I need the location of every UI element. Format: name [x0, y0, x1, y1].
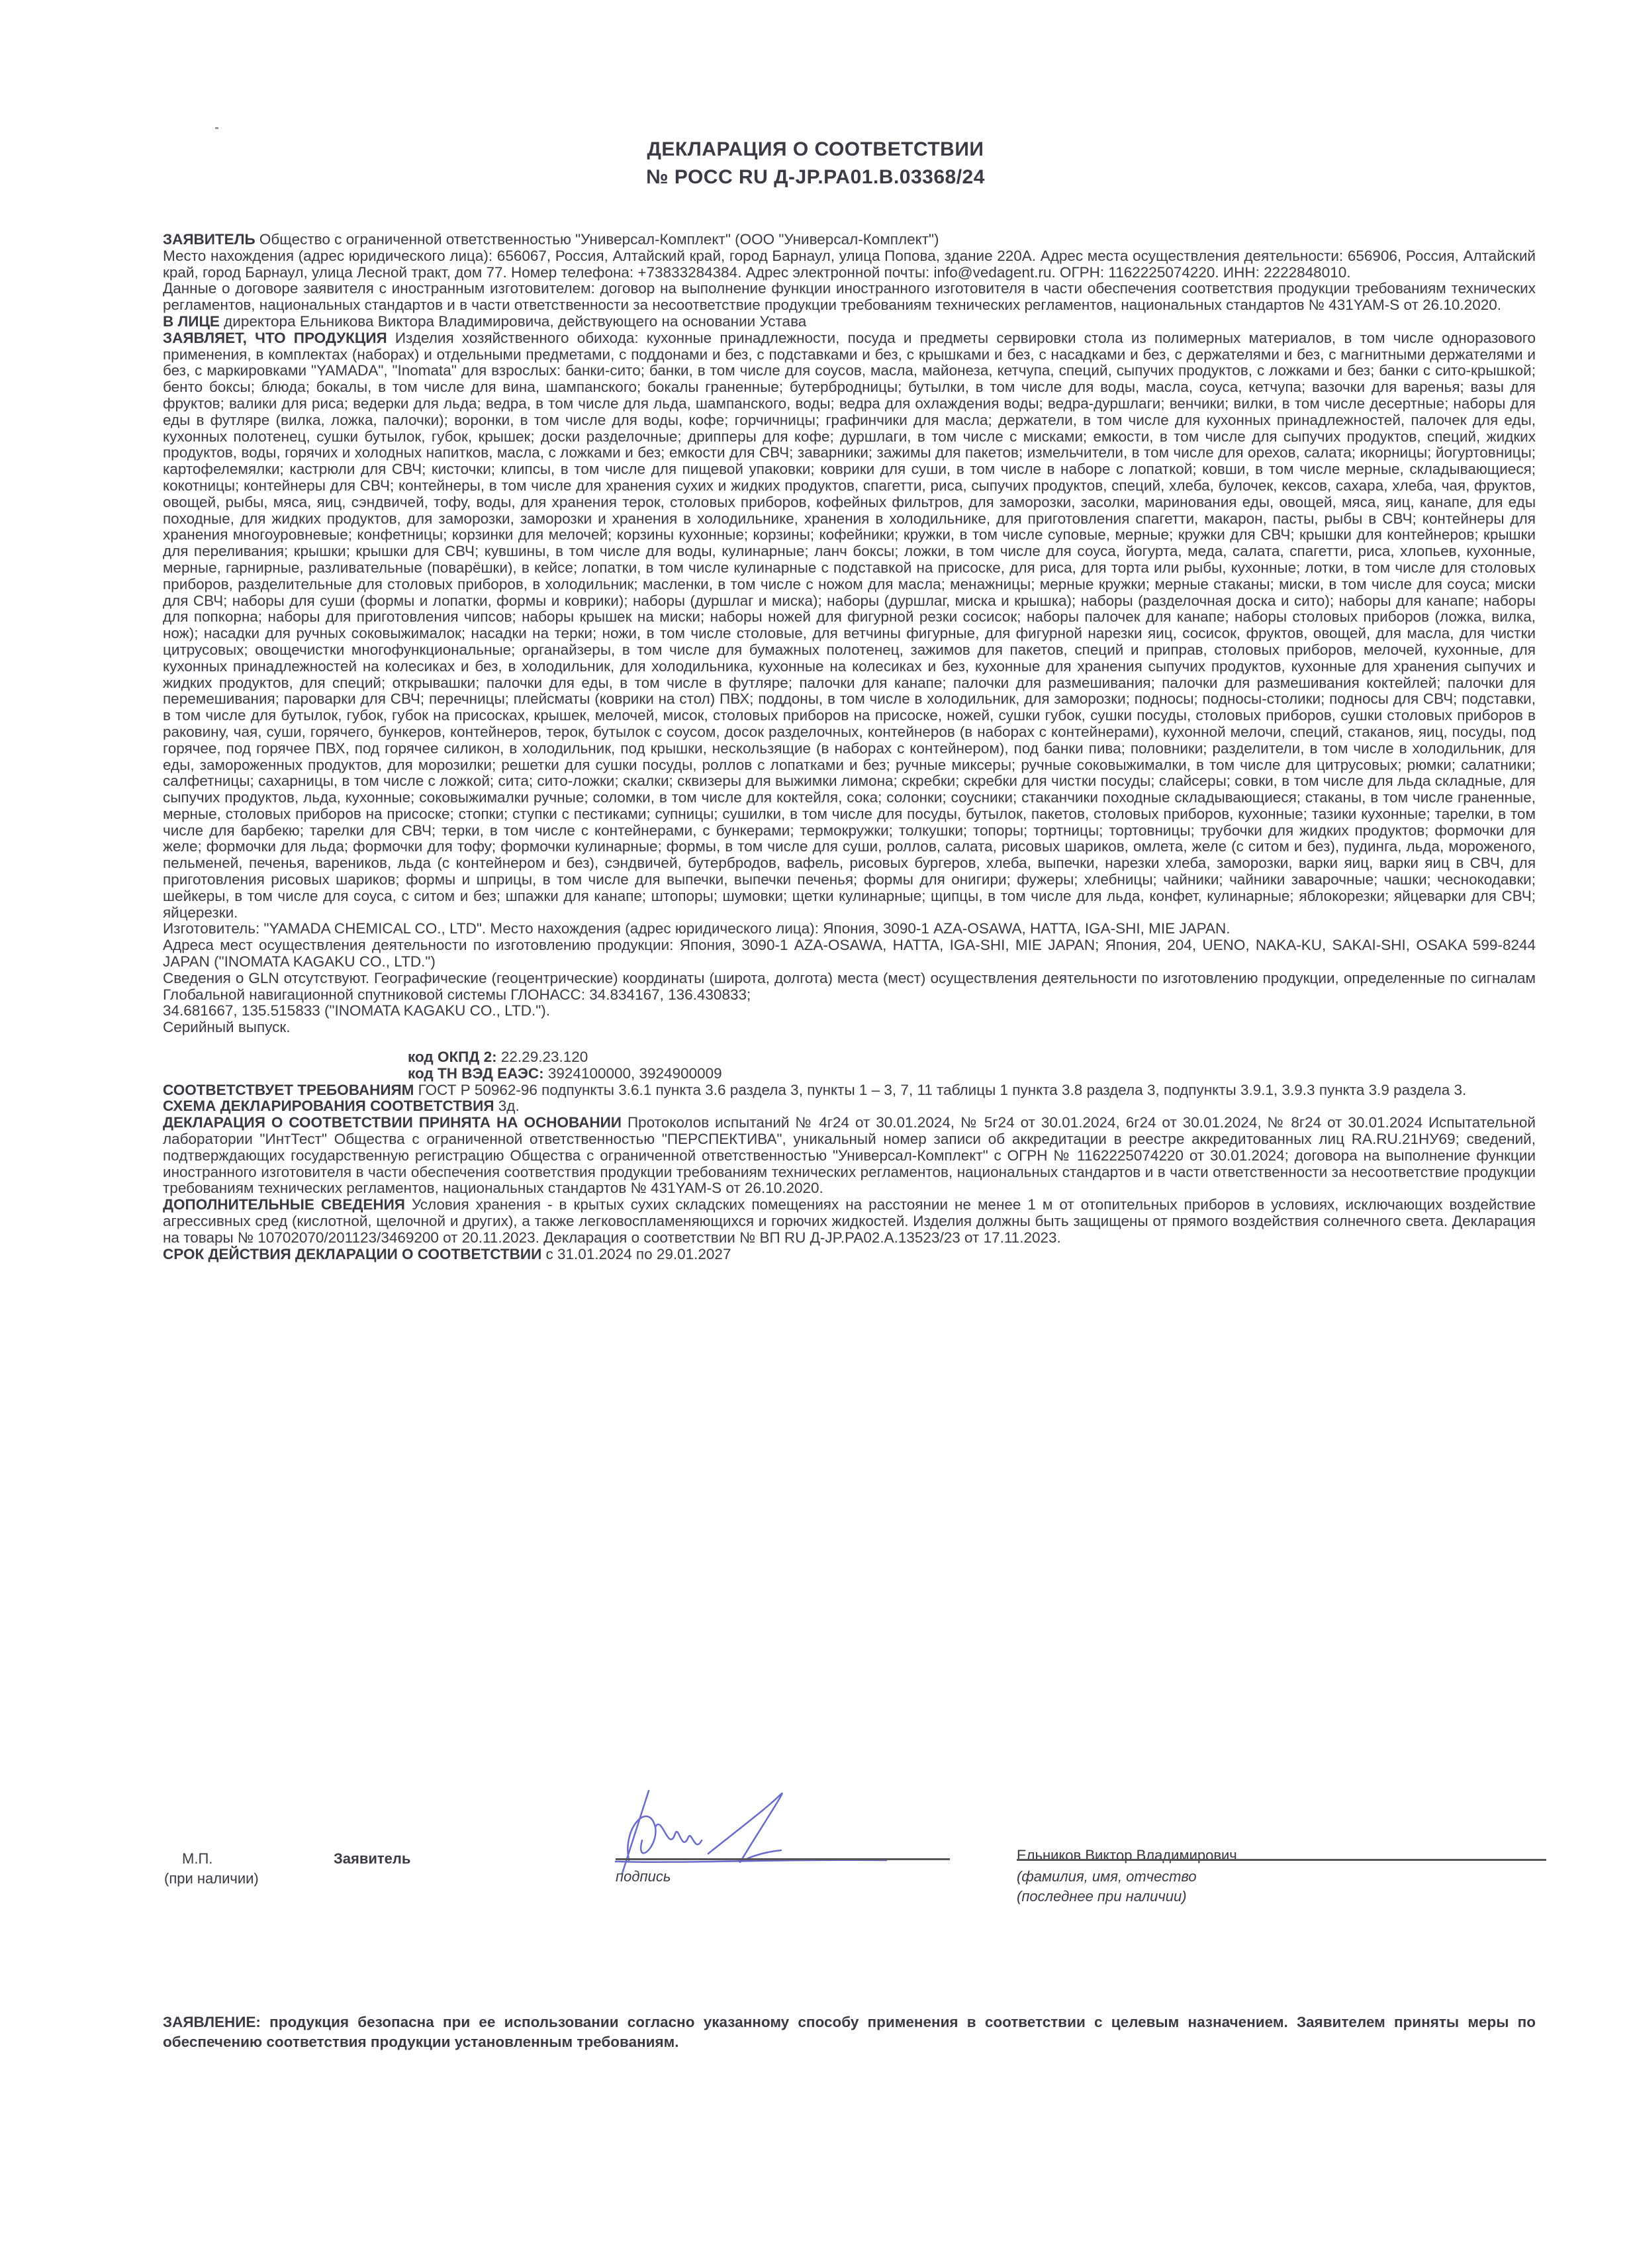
signer-name-line	[1017, 1859, 1546, 1861]
product-label: ЗАЯВЛЯЕТ, ЧТО ПРОДУКЦИЯ	[163, 330, 387, 346]
document-title: ДЕКЛАРАЦИЯ О СООТВЕТСТВИИ № РОСС RU Д-JP…	[0, 136, 1631, 191]
requirements-section: СООТВЕТСТВУЕТ ТРЕБОВАНИЯМ ГОСТ Р 50962-9…	[163, 1082, 1536, 1099]
safety-statement: ЗАЯВЛЕНИЕ: продукция безопасна при ее ис…	[163, 2012, 1536, 2052]
gln-coordinates: 34.681667, 135.515833 ("INOMATA KAGAKU C…	[163, 1003, 1536, 1019]
validity-label: СРОК ДЕЙСТВИЯ ДЕКЛАРАЦИИ О СООТВЕТСТВИИ	[163, 1246, 541, 1262]
product-section: ЗАЯВЛЯЕТ, ЧТО ПРОДУКЦИЯ Изделия хозяйств…	[163, 330, 1536, 921]
product-list: Изделия хозяйственного обихода: кухонные…	[163, 330, 1536, 921]
signature-line	[616, 1858, 950, 1860]
manufacturer-info: Изготовитель: "YAMADA CHEMICAL CO., LTD"…	[163, 921, 1536, 937]
validity-section: СРОК ДЕЙСТВИЯ ДЕКЛАРАЦИИ О СООТВЕТСТВИИ …	[163, 1247, 1536, 1263]
scheme-section: СХЕМА ДЕКЛАРИРОВАНИЯ СООТВЕТСТВИЯ 3д.	[163, 1098, 1536, 1115]
signer-name-caption-1: (фамилия, имя, отчество	[1017, 1868, 1197, 1885]
production-sites: Адреса мест осуществления деятельности п…	[163, 937, 1536, 970]
requirements-label: СООТВЕТСТВУЕТ ТРЕБОВАНИЯМ	[163, 1082, 414, 1098]
requirements-text: ГОСТ Р 50962-96 подпункты 3.6.1 пункта 3…	[418, 1082, 1467, 1098]
applicant-name: Общество с ограниченной ответственностью…	[259, 231, 939, 248]
okpd-code: код ОКПД 2: 22.29.23.120	[163, 1049, 1536, 1066]
title-heading: ДЕКЛАРАЦИЯ О СООТВЕТСТВИИ	[0, 136, 1631, 164]
signature-caption: подпись	[616, 1868, 671, 1885]
applicant-address: Место нахождения (адрес юридического лиц…	[163, 248, 1536, 281]
applicant-section: ЗАЯВИТЕЛЬ Общество с ограниченной ответс…	[163, 232, 1536, 248]
represented-by-text: директора Ельникова Виктора Владимирович…	[224, 313, 806, 330]
basis-section: ДЕКЛАРАЦИЯ О СООТВЕТСТВИИ ПРИНЯТА НА ОСН…	[163, 1115, 1536, 1197]
represented-by-label: В ЛИЦЕ	[163, 313, 220, 330]
seal-place-label: М.П.	[182, 1850, 212, 1867]
scheme-label: СХЕМА ДЕКЛАРИРОВАНИЯ СООТВЕТСТВИЯ	[163, 1098, 494, 1114]
scan-speck	[215, 127, 218, 129]
tnved-value: 3924100000, 3924900009	[548, 1065, 722, 1082]
applicant-contract: Данные о договоре заявителя с иностранны…	[163, 281, 1536, 314]
gln-info: Сведения о GLN отсутствуют. Географическ…	[163, 970, 1536, 1004]
handwritten-signature-icon	[609, 1787, 887, 1880]
tnved-label: код ТН ВЭД ЕАЭС:	[408, 1065, 544, 1082]
declaration-number: № РОСС RU Д-JP.PA01.В.03368/24	[0, 164, 1631, 191]
declaration-body: ЗАЯВИТЕЛЬ Общество с ограниченной ответс…	[163, 232, 1536, 1262]
seal-place-note: (при наличии)	[164, 1870, 259, 1887]
signer-name-caption-2: (последнее при наличии)	[1017, 1888, 1187, 1905]
okpd-label: код ОКПД 2:	[408, 1049, 497, 1065]
additional-section: ДОПОЛНИТЕЛЬНЫЕ СВЕДЕНИЯ Условия хранения…	[163, 1197, 1536, 1246]
tnved-code: код ТН ВЭД ЕАЭС: 3924100000, 3924900009	[163, 1066, 1536, 1082]
scheme-value: 3д.	[498, 1098, 520, 1114]
applicant-signature-label: Заявитель	[334, 1850, 410, 1867]
serial-release: Серийный выпуск.	[163, 1019, 1536, 1036]
validity-text: с 31.01.2024 по 29.01.2027	[546, 1246, 731, 1262]
declaration-page: ДЕКЛАРАЦИЯ О СООТВЕТСТВИИ № РОСС RU Д-JP…	[0, 0, 1631, 2268]
additional-label: ДОПОЛНИТЕЛЬНЫЕ СВЕДЕНИЯ	[163, 1196, 405, 1213]
basis-label: ДЕКЛАРАЦИЯ О СООТВЕТСТВИИ ПРИНЯТА НА ОСН…	[163, 1114, 622, 1131]
okpd-value: 22.29.23.120	[501, 1049, 588, 1065]
applicant-label: ЗАЯВИТЕЛЬ	[163, 231, 256, 248]
signer-name: Ельников Виктор Владимирович	[1017, 1847, 1237, 1864]
represented-by-section: В ЛИЦЕ директора Ельникова Виктора Влади…	[163, 314, 1536, 330]
